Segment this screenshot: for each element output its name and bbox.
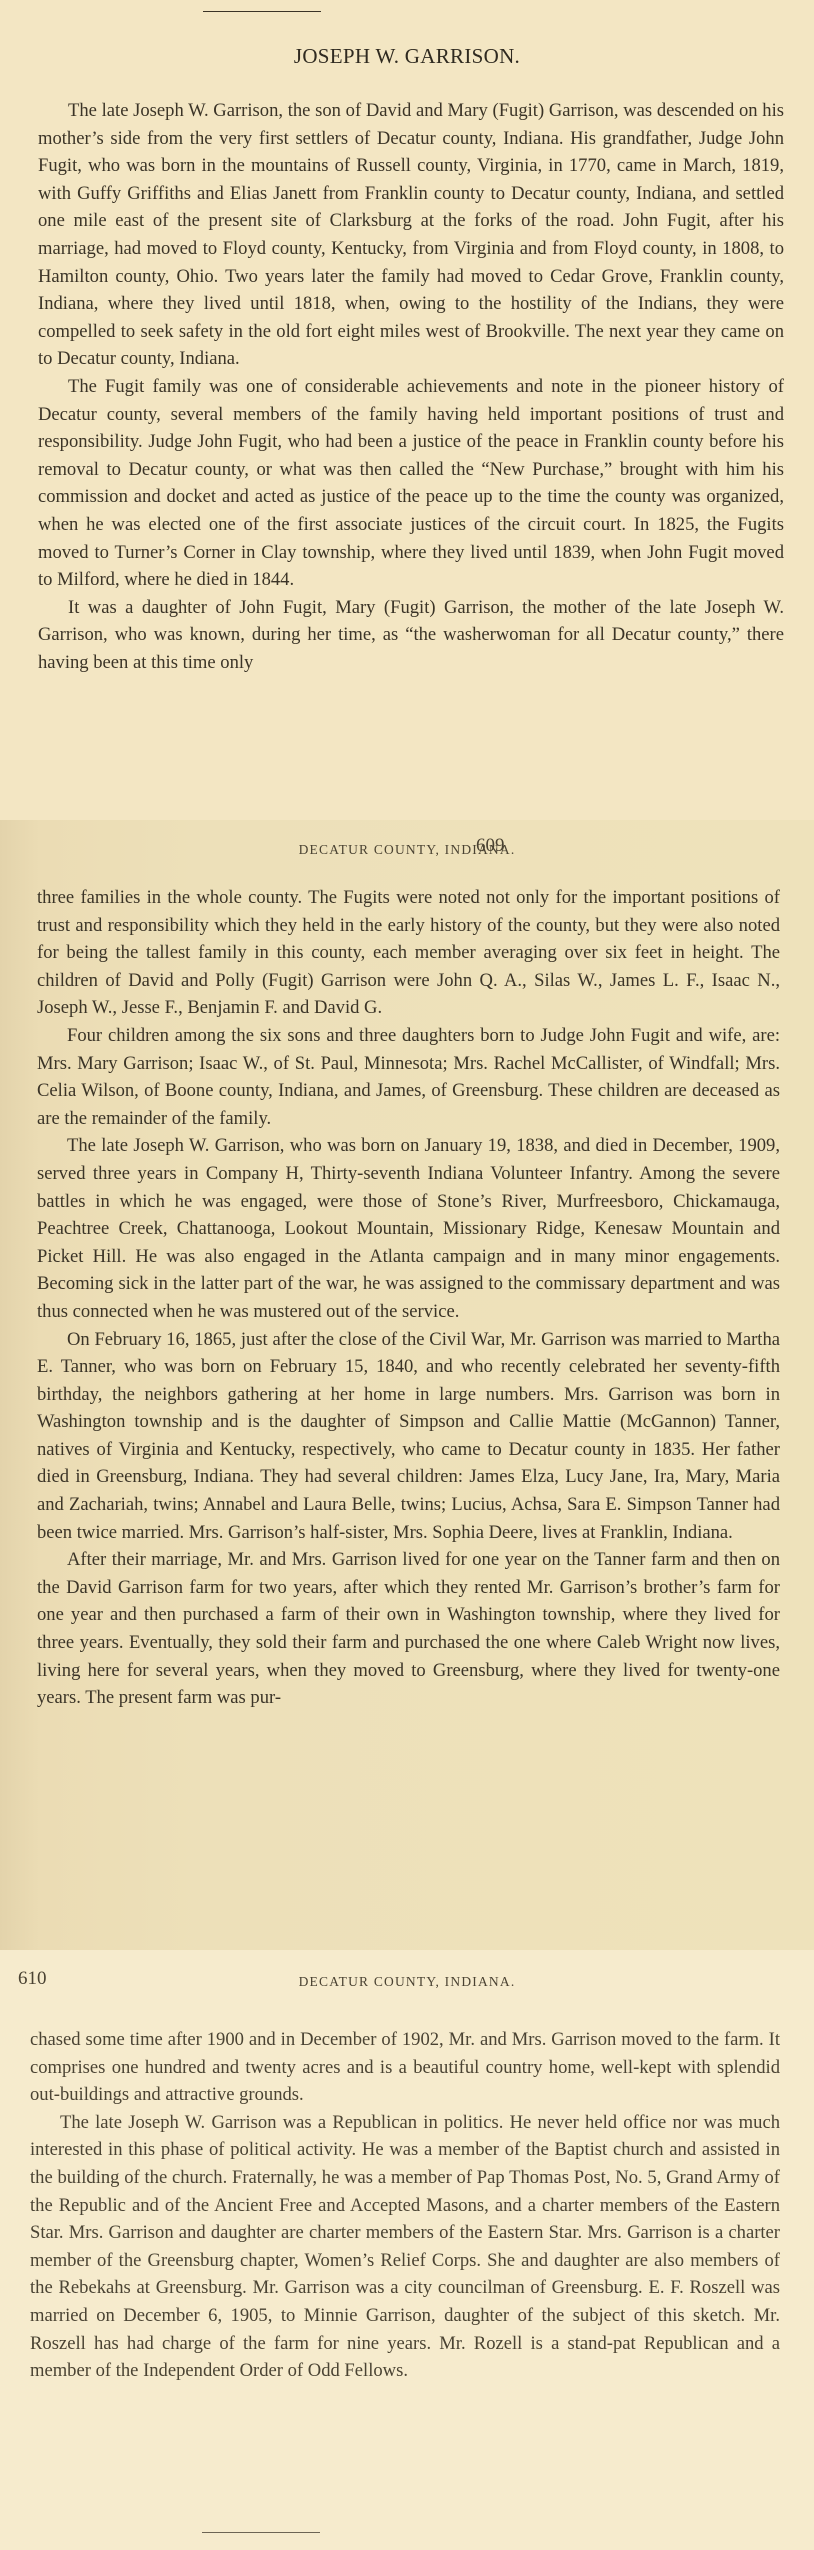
paragraph: three families in the whole county. The … (37, 884, 780, 1022)
page-header: 610 DECATUR COUNTY, INDIANA. (0, 1950, 814, 2030)
paragraph: chased some time after 1900 and in Decem… (30, 2026, 780, 2109)
running-head: DECATUR COUNTY, INDIANA. (0, 1974, 814, 1990)
page-section-1: JOSEPH W. GARRISON. The late Joseph W. G… (0, 0, 814, 820)
page-header: DECATUR COUNTY, INDIANA. 609 (0, 820, 814, 884)
paragraph: The late Joseph W. Garrison was a Republ… (30, 2109, 780, 2385)
page-610-body: chased some time after 1900 and in Decem… (30, 2026, 780, 2385)
page-609-body: three families in the whole county. The … (37, 884, 780, 1712)
paragraph: On February 16, 1865, just after the clo… (37, 1326, 780, 1547)
page-1-body: The late Joseph W. Garrison, the son of … (38, 97, 784, 676)
bottom-divider-rule (202, 2532, 320, 2533)
paragraph: After their marriage, Mr. and Mrs. Garri… (37, 1546, 780, 1712)
article-title: JOSEPH W. GARRISON. (0, 44, 814, 69)
paragraph: Four children among the six sons and thr… (37, 1022, 780, 1132)
paragraph: The Fugit family was one of considerable… (38, 373, 784, 594)
page-section-609: DECATUR COUNTY, INDIANA. 609 three famil… (0, 820, 814, 1950)
page-section-610: 610 DECATUR COUNTY, INDIANA. chased some… (0, 1950, 814, 2550)
paragraph: The late Joseph W. Garrison, who was bor… (37, 1132, 780, 1325)
paragraph: The late Joseph W. Garrison, the son of … (38, 97, 784, 373)
page-number: 609 (476, 835, 500, 857)
paragraph: It was a daughter of John Fugit, Mary (F… (38, 594, 784, 677)
running-head: DECATUR COUNTY, INDIANA. (0, 842, 814, 858)
top-divider-rule (203, 11, 321, 12)
